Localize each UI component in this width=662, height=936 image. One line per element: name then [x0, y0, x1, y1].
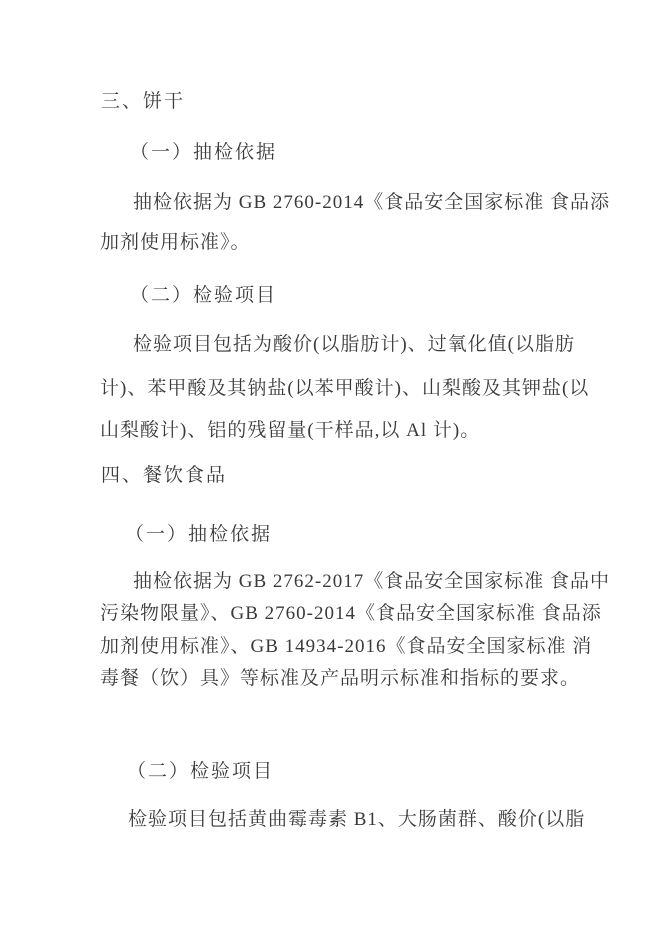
- section-title: 四、餐饮食品: [101, 465, 227, 486]
- subsection-heading: （一）抽检依据: [130, 142, 277, 163]
- document-page: 三、饼干 （一）抽检依据 抽检依据为 GB 2760-2014《食品安全国家标准…: [0, 0, 662, 936]
- paragraph-line: 检验项目包括黄曲霉毒素 B1、大肠菌群、酸价(以脂: [128, 809, 585, 830]
- paragraph-line: 加剂使用标准》、GB 14934-2016《食品安全国家标准 消: [100, 636, 592, 657]
- subsection-heading: （一）抽检依据: [125, 524, 272, 545]
- paragraph-line: 抽检依据为 GB 2762-2017《食品安全国家标准 食品中: [133, 571, 610, 592]
- subsection-heading: （二）检验项目: [127, 761, 274, 782]
- paragraph-line: 检验项目包括为酸价(以脂肪计)、过氧化值(以脂肪: [133, 334, 575, 355]
- section-title: 三、饼干: [101, 91, 185, 112]
- paragraph-line: 毒餐（饮）具》等标准及产品明示标准和指标的要求。: [100, 668, 580, 689]
- paragraph-line: 抽检依据为 GB 2760-2014《食品安全国家标准 食品添: [133, 192, 610, 213]
- paragraph-line: 计)、苯甲酸及其钠盐(以苯甲酸计)、山梨酸及其钾盐(以: [100, 378, 589, 399]
- paragraph-line: 污染物限量》、GB 2760-2014《食品安全国家标准 食品添: [100, 603, 602, 624]
- paragraph-line: 加剂使用标准》。: [100, 232, 251, 253]
- subsection-heading: （二）检验项目: [130, 285, 277, 306]
- paragraph-line: 山梨酸计)、铝的残留量(干样品,以 Al 计)。: [100, 420, 480, 441]
